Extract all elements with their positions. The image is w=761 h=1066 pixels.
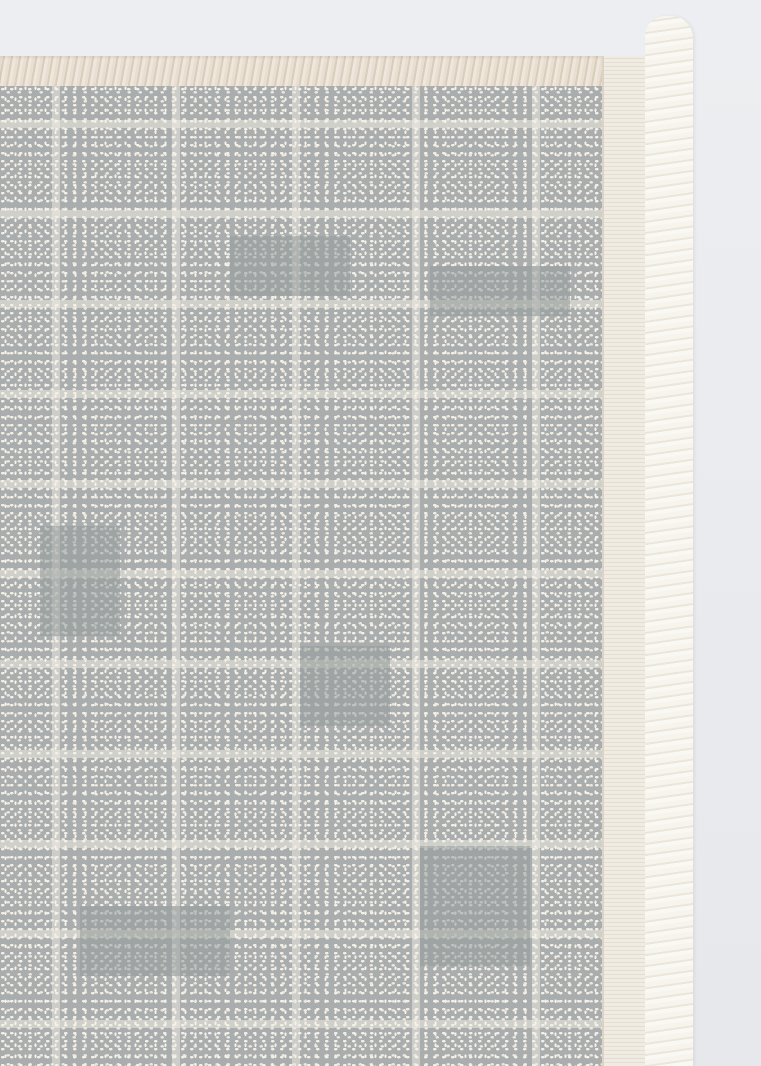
rug-motif — [420, 846, 530, 966]
rug — [0, 56, 605, 1066]
rug-top-binding — [0, 56, 605, 87]
rug-fringe — [645, 16, 693, 1066]
rug-motif — [300, 646, 390, 726]
rug-motif — [230, 236, 350, 296]
rug-motif — [430, 266, 570, 316]
rug-side-band — [602, 56, 649, 1066]
rug-pattern-field — [0, 86, 605, 1066]
rug-motif — [40, 526, 120, 636]
rug-motif — [80, 906, 230, 976]
